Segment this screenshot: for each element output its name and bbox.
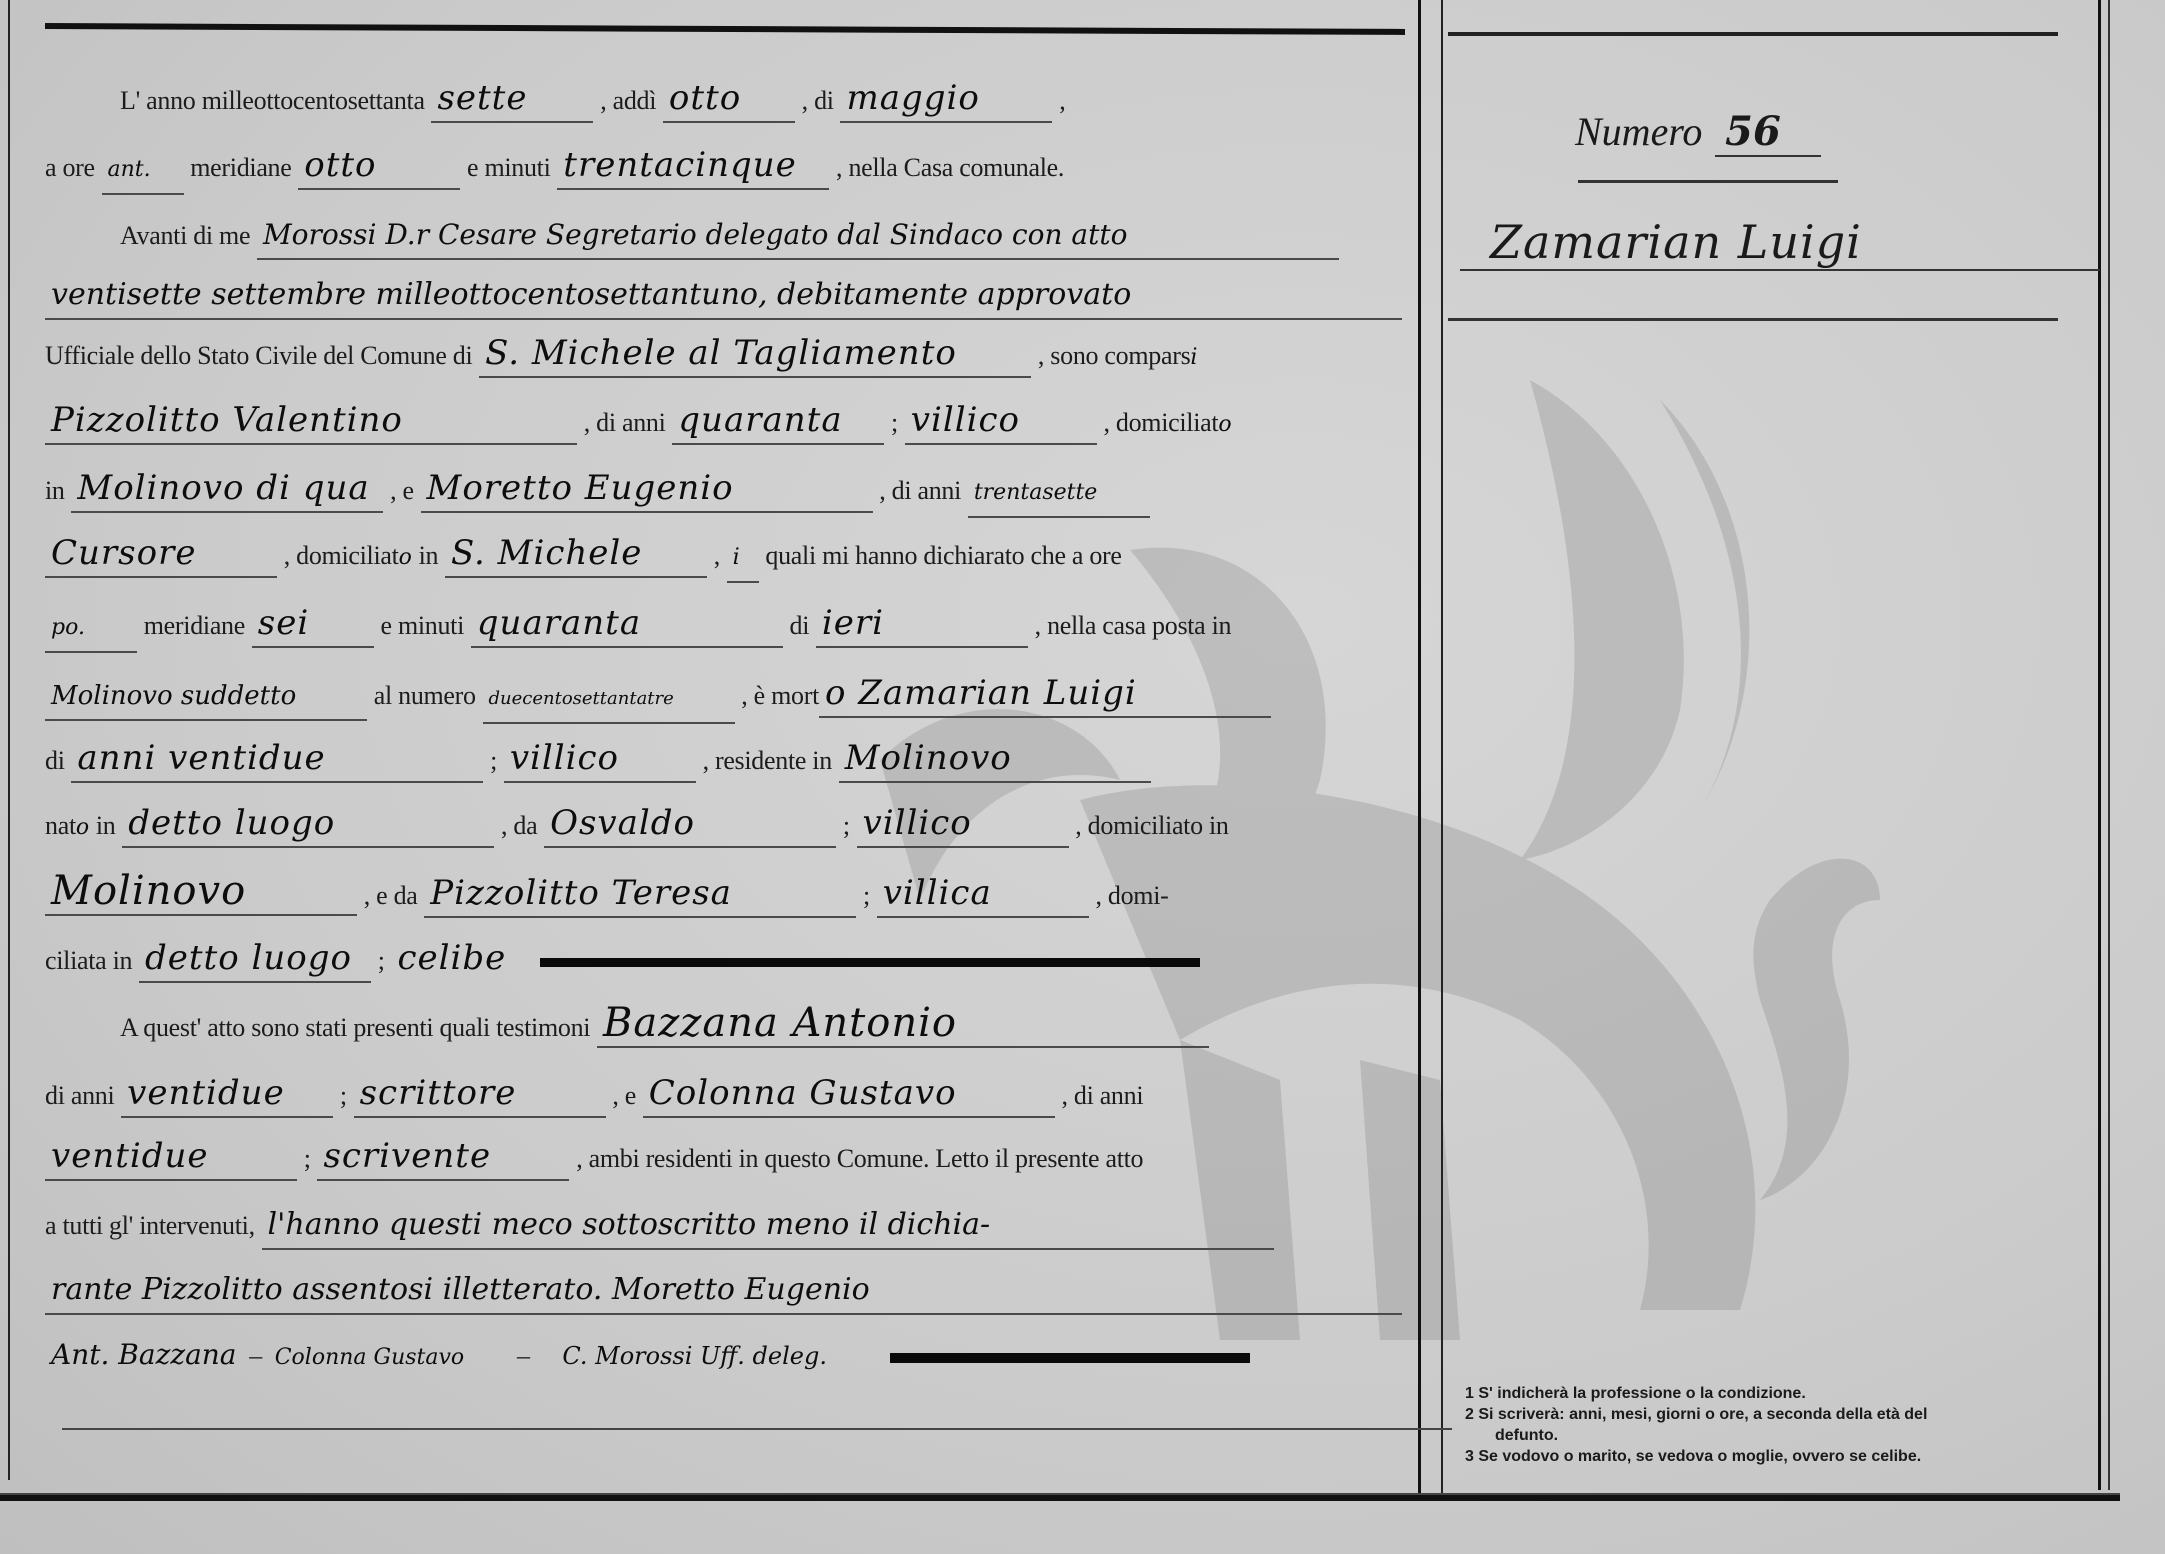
line-approval: ventisette settembre milleottocentosetta… — [45, 265, 1410, 325]
deceased-age-field: anni ventidue — [71, 735, 483, 783]
line-signatures: Ant. Bazzana – Colonna Gustavo – C. Moro… — [45, 1325, 1410, 1385]
declarant1-residence-field: Molinovo di qua — [71, 465, 383, 513]
death-day-field: ieri — [816, 600, 1028, 648]
record-number: Numero 56 — [1575, 108, 1821, 155]
declarant1-age-field: quaranta — [672, 397, 884, 445]
line-signing-note: rante Pizzolitto assentosi illetterato. … — [45, 1260, 1410, 1320]
mother-name-field: Pizzolitto Teresa — [424, 870, 856, 918]
death-hour-field: sei — [252, 600, 374, 648]
declarant2-residence-field: S. Michele — [445, 530, 707, 578]
line-year: L' anno milleottocentosettanta sette , a… — [45, 70, 1485, 130]
cancel-bar — [540, 958, 1200, 967]
declarant2-profession-field: Cursore — [45, 530, 277, 578]
line-witnesses: A quest' atto sono stati presenti quali … — [45, 997, 1485, 1057]
declarant1-profession-field: villico — [905, 397, 1097, 445]
ante-post-field: ant. — [102, 147, 184, 195]
line-death-place: Molinovo suddetto al numero duecentosett… — [45, 665, 1410, 725]
signature-officer: C. Morossi Uff. deleg. — [556, 1333, 833, 1379]
signature-rule — [62, 1428, 1452, 1430]
line-hour: a ore ant. meridiane otto e minuti trent… — [45, 137, 1410, 197]
civil-status-field: celibe — [391, 935, 523, 981]
bottom-rule — [0, 1493, 2120, 1501]
signature-witness2: Colonna Gustavo — [269, 1335, 470, 1381]
signing-note-cont-field: rante Pizzolitto assentosi illetterato. … — [45, 1267, 1402, 1315]
line-death-time: po. meridiane sei e minuti quaranta di i… — [45, 595, 1410, 655]
numero-label: Numero — [1575, 109, 1702, 154]
comune-field: S. Michele al Tagliamento — [479, 330, 1031, 378]
line-mother: Molinovo , e da Pizzolitto Teresa ; vill… — [45, 865, 1410, 925]
witness1-age-field: ventidue — [121, 1070, 333, 1118]
father-residence-field: Molinovo — [45, 868, 357, 916]
margin-name-rule — [1448, 318, 2058, 321]
line-declarant-1: Pizzolitto Valentino , di anni quaranta … — [45, 392, 1410, 452]
year-field: sette — [431, 75, 593, 123]
witness2-name-field: Colonna Gustavo — [643, 1070, 1055, 1118]
footnote-2: 2 Si scriverà: anni, mesi, giorni o ore,… — [1465, 1404, 2090, 1425]
approval-field: ventisette settembre milleottocentosetta… — [45, 272, 1402, 320]
line-declarant-2: in Molinovo di qua , e Moretto Eugenio ,… — [45, 460, 1410, 520]
mother-profession-field: villica — [877, 870, 1089, 918]
footnotes: 1 S' indicherà la professione o la condi… — [1465, 1383, 2090, 1467]
footnote-2-cont: defunto. — [1465, 1425, 2090, 1446]
top-rule-right — [1448, 32, 2058, 36]
left-margin-rule — [8, 0, 10, 1480]
margin-deceased-name: Zamarian Luigi — [1460, 215, 2100, 271]
witness2-profession-field: scrivente — [317, 1133, 569, 1181]
closing-bar — [890, 1353, 1250, 1363]
register-page: L' anno milleottocentosettanta sette , a… — [0, 0, 2165, 1554]
top-rule — [45, 23, 1405, 35]
death-place-field: Molinovo suddetto — [45, 673, 367, 721]
declarant2-name-field: Moretto Eugenio — [421, 465, 873, 513]
declarant2-age-field: trentasette — [968, 470, 1150, 518]
line-witness-details: di anni ventidue ; scrittore , e Colonna… — [45, 1065, 1410, 1125]
deceased-name-field: o Zamarian Luigi — [819, 670, 1271, 718]
line-witness2-details: ventidue ; scrivente , ambi residenti in… — [45, 1128, 1410, 1188]
deceased-residence-field: Molinovo — [839, 735, 1151, 783]
death-ante-post-field: po. — [45, 605, 137, 653]
footnote-3: 3 Se vodovo o marito, se vedova o moglie… — [1465, 1446, 2090, 1467]
mother-residence-field: detto luogo — [139, 935, 371, 983]
hour-field: otto — [298, 142, 460, 190]
birthplace-field: detto luogo — [122, 800, 494, 848]
line-comune: Ufficiale dello Stato Civile del Comune … — [45, 325, 1410, 385]
line-reading: a tutti gl' intervenuti, l'hanno questi … — [45, 1195, 1410, 1255]
right-margin-rule-inner — [2108, 0, 2110, 1490]
footnote-1: 1 S' indicherà la professione o la condi… — [1465, 1383, 2090, 1404]
father-name-field: Osvaldo — [544, 800, 836, 848]
line-mother-residence: ciliata in detto luogo ; celibe — [45, 930, 1410, 990]
house-number-field: duecentosettantatre — [483, 676, 735, 724]
decorative-brace — [1578, 180, 1838, 183]
father-profession-field: villico — [857, 800, 1069, 848]
line-avanti: Avanti di me Morossi D.r Cesare Segretar… — [45, 205, 1485, 265]
signature-witness1: Ant. Bazzana — [45, 1332, 243, 1378]
month-field: maggio — [840, 75, 1052, 123]
deceased-profession-field: villico — [504, 735, 696, 783]
day-field: otto — [663, 75, 795, 123]
declarant1-name-field: Pizzolitto Valentino — [45, 397, 577, 445]
signing-note-field: l'hanno questi meco sottoscritto meno il… — [262, 1202, 1274, 1250]
minutes-field: trentacinque — [557, 142, 829, 190]
line-deceased-age: di anni ventidue ; villico , residente i… — [45, 730, 1410, 790]
officer-field: Morossi D.r Cesare Segretario delegato d… — [257, 212, 1339, 260]
line-father: nato in detto luogo , da Osvaldo ; villi… — [45, 795, 1410, 855]
numero-value: 56 — [1715, 108, 1821, 157]
death-minutes-field: quaranta — [471, 600, 783, 648]
line-declarant-3: Cursore , domiciliato in S. Michele , i … — [45, 525, 1410, 585]
witness2-age-field: ventidue — [45, 1133, 297, 1181]
witness1-name-field: Bazzana Antonio — [597, 1000, 1209, 1048]
witness1-profession-field: scrittore — [354, 1070, 606, 1118]
